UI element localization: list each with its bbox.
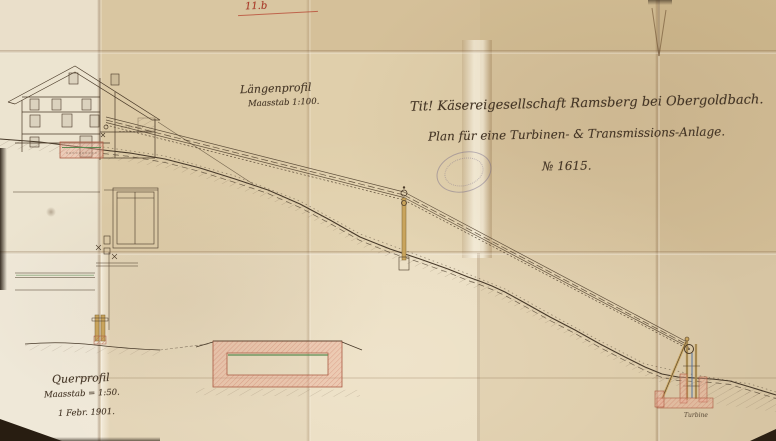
weir-detail <box>25 315 208 356</box>
querprofil-label: Querprofil <box>52 371 110 386</box>
photo-background-corner <box>750 429 776 441</box>
channel-cross-section <box>196 341 362 397</box>
house-elevation <box>8 66 253 184</box>
laengenprofil-label: Längenprofil <box>240 81 312 96</box>
date-label: 1 Febr. 1901. <box>58 407 115 419</box>
photo-background-corner <box>0 419 62 441</box>
terrain-profile <box>0 139 776 412</box>
tailrace-lines <box>13 192 100 290</box>
turbine-label: Turbine <box>684 412 708 419</box>
plan-drawing <box>0 0 776 441</box>
transmission-cables <box>106 117 690 350</box>
plan-photograph: 11.b Tit! Käsereigesellschaft Ramsberg b… <box>0 0 776 441</box>
sluice-gate-detail <box>96 188 158 330</box>
photo-background-edge <box>0 148 7 290</box>
turbine-structure <box>655 337 713 408</box>
paper-tear <box>652 0 666 56</box>
red-index-number: 11.b <box>245 1 268 13</box>
plan-number: № 1615. <box>542 159 592 174</box>
